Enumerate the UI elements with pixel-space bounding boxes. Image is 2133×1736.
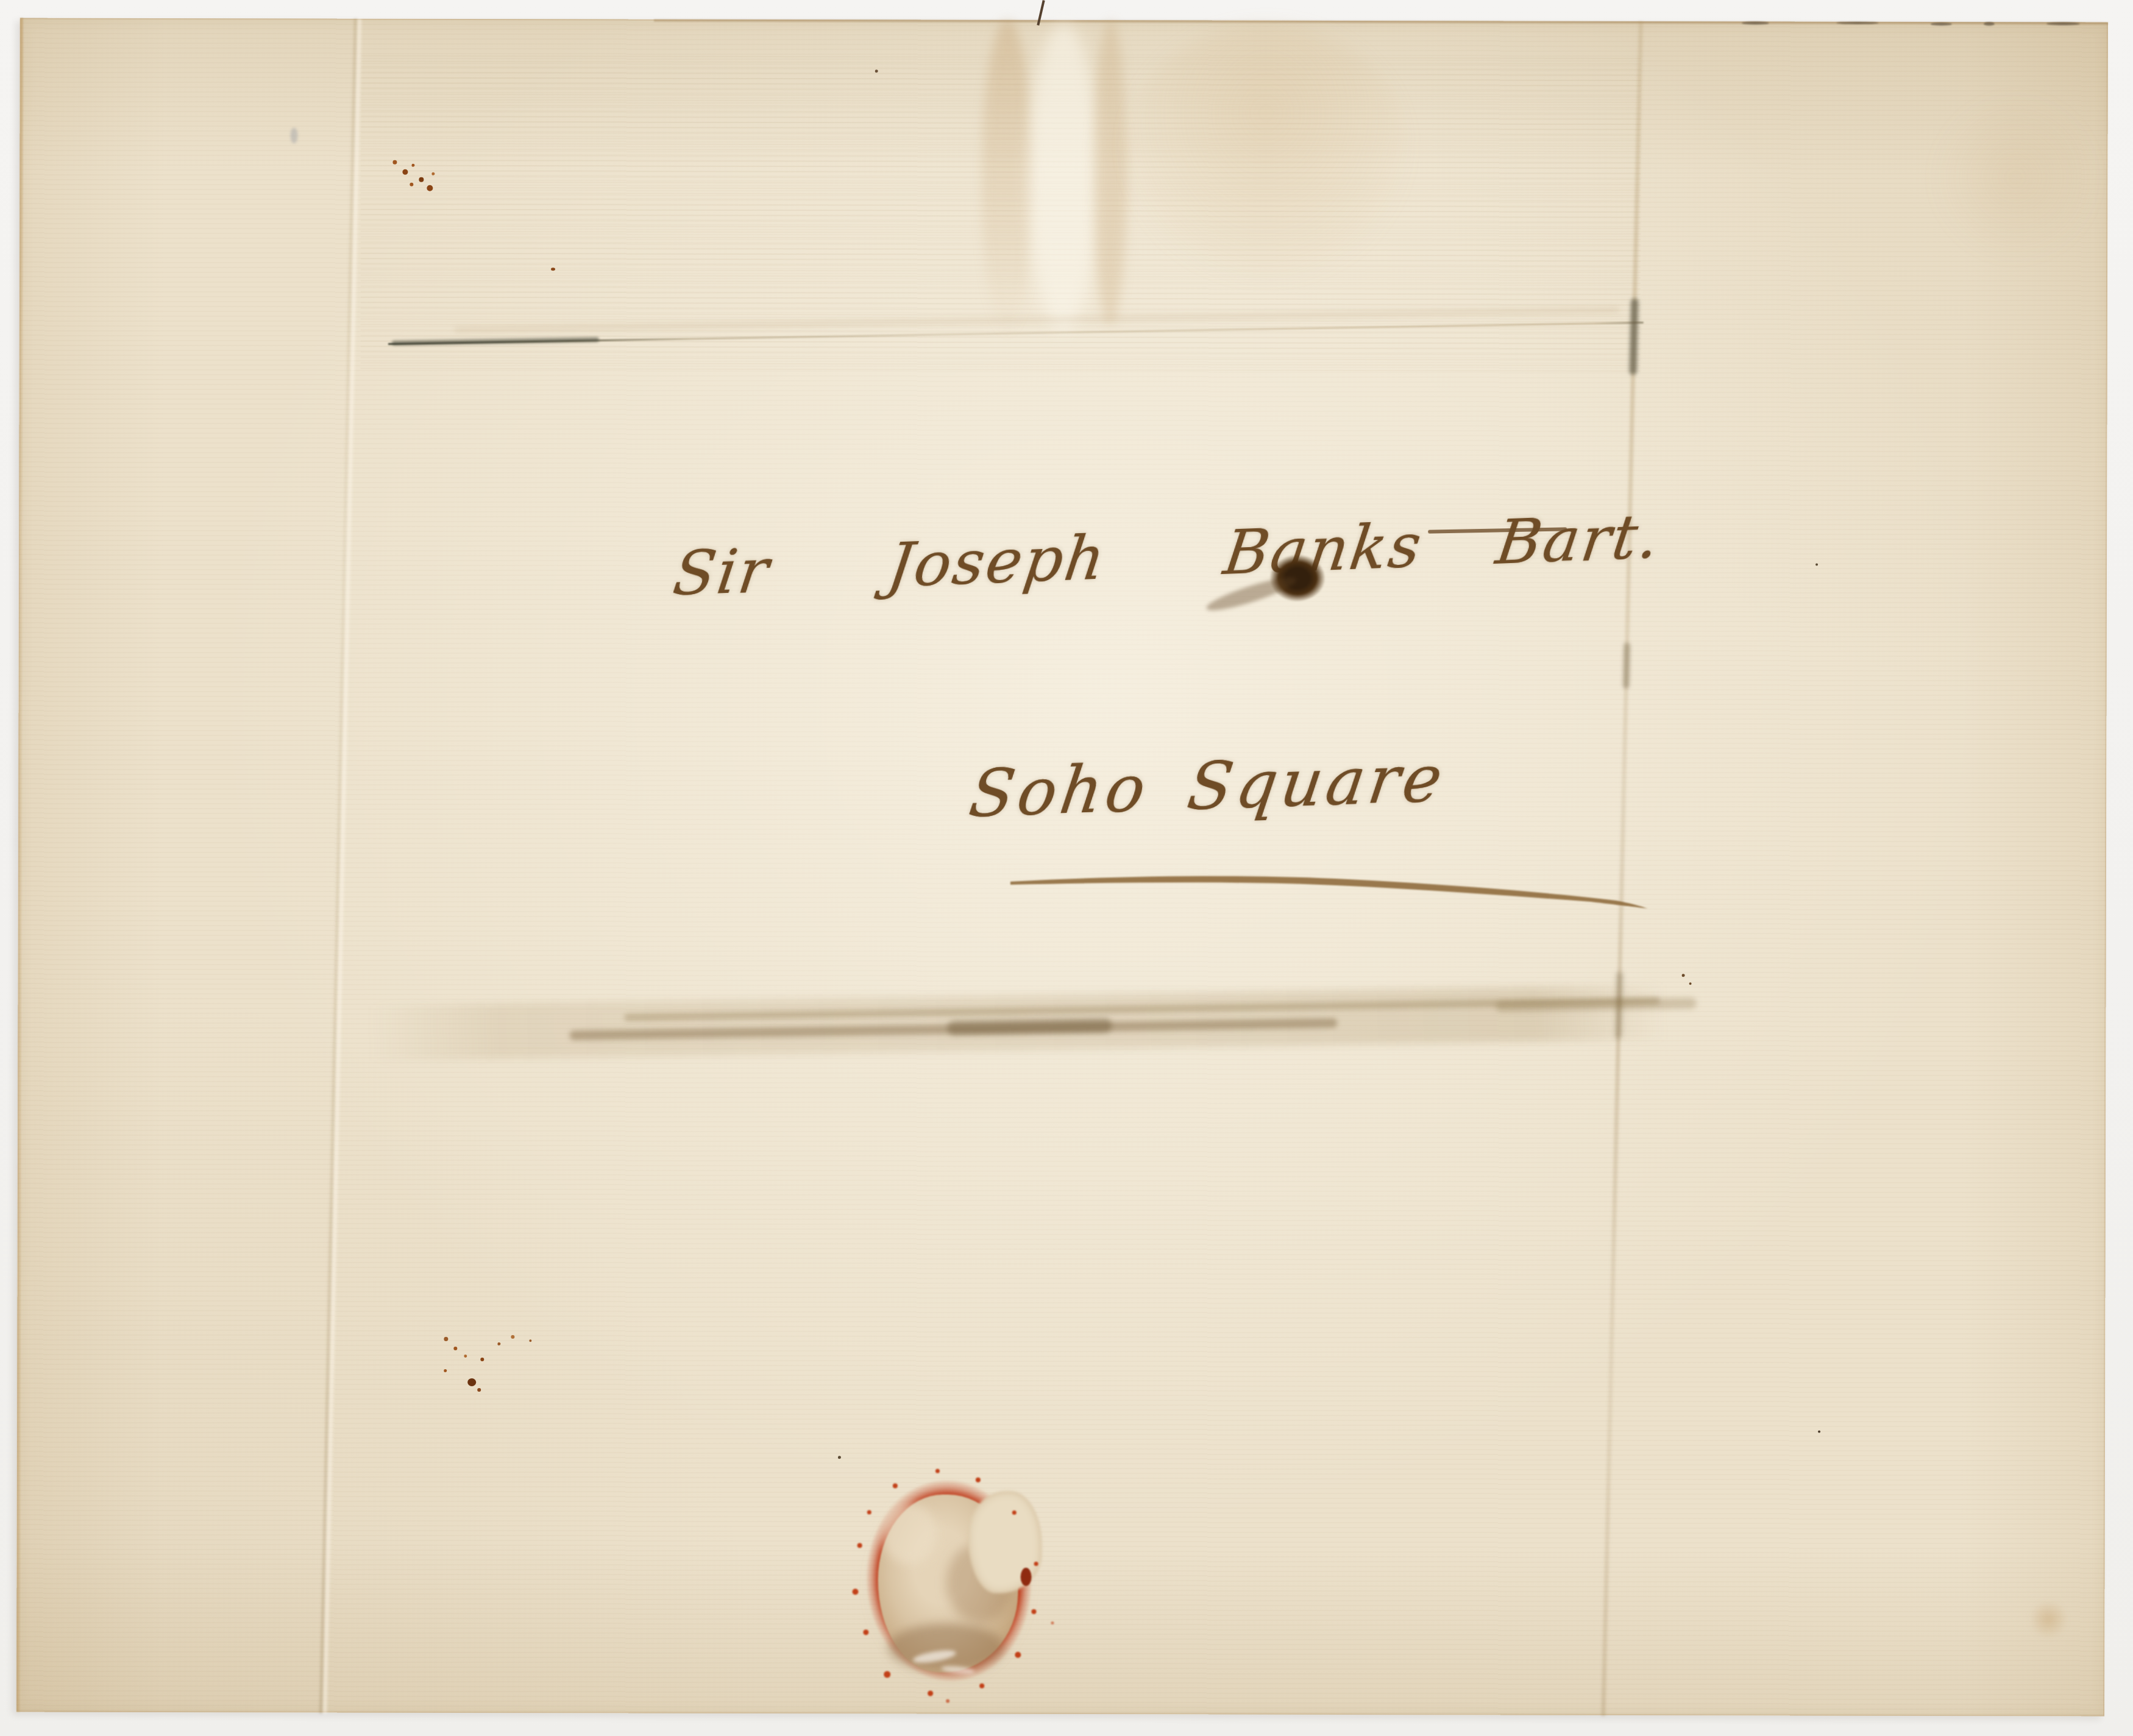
seal-mottle [882,1503,937,1564]
photograph-of-folded-letter: Sir Joseph Banks Bart. Soho Square [0,0,2133,1736]
address-line-1: Sir Joseph Banks Bart. [669,501,1665,610]
crease-smudge [947,1018,1112,1035]
speck [392,160,397,165]
speck [402,169,408,175]
wax-speck [867,1510,871,1514]
wax-speck [946,1699,949,1703]
speck [431,172,435,175]
fold-crease-left [319,18,363,1713]
paper-left-edge [16,18,23,1712]
address-line-2: Soho Square [965,740,1450,831]
address-word-joseph: Joseph [884,522,1111,601]
wax-seal-remnant [854,1470,1044,1701]
speck [410,183,413,186]
speck [1689,982,1692,985]
crease-highlight [323,19,361,1714]
edge-dirt [1742,21,1769,24]
wax-speck [1012,1511,1017,1515]
speck [411,164,414,167]
wax-speck [857,1543,862,1548]
speck [444,1369,447,1372]
wax-speck [935,1469,940,1473]
wax-speck [1051,1621,1054,1624]
speck [529,1339,531,1342]
edge-dirt [1984,22,1995,26]
speck [477,1388,481,1392]
wax-speck [1034,1562,1038,1566]
address-word-sir: Sir [669,534,775,610]
wax-speck [893,1483,898,1488]
wax-speck [979,1684,984,1688]
small-tan-stain [2029,1600,2067,1638]
speck [1815,564,1818,566]
wax-speck [976,1478,981,1483]
address-word-bart: Bart. [1492,501,1665,579]
crease-shadow [319,18,357,1713]
crease-dark-segment [392,337,599,345]
wax-speck [928,1691,933,1696]
speck [875,69,878,73]
speck [480,1358,484,1361]
water-stain-wash [1123,23,1410,280]
edge-dirt [2046,22,2080,25]
water-stain-pale-streak [1028,23,1099,331]
wax-speck [863,1629,868,1635]
speck [1682,974,1685,977]
paper-top-edge [654,19,2108,25]
speck [419,177,424,182]
speck [444,1337,448,1341]
edge-dirt [1931,23,1952,26]
wax-speck [852,1589,858,1595]
speck [453,1347,457,1350]
wax-speck [1031,1609,1036,1614]
letter-paper: Sir Joseph Banks Bart. Soho Square [16,18,2108,1716]
speck [427,185,433,191]
speck [1818,1431,1820,1433]
underline-flourish [1007,872,1659,916]
speck [511,1335,514,1339]
seal-mottle [888,1623,1004,1671]
crease-dirt-smudge [1623,643,1631,689]
crease-shadow [455,307,1619,333]
smudge [290,127,297,143]
speck [467,1378,476,1386]
faint-stain [1933,95,2098,260]
speck [838,1456,841,1459]
speck [551,267,555,271]
fold-crease-bottom [367,973,1667,1073]
speck [497,1342,500,1345]
speck [464,1355,467,1358]
wax-clot [1021,1568,1032,1586]
wax-speck [1015,1652,1021,1658]
wax-speck [884,1671,890,1678]
